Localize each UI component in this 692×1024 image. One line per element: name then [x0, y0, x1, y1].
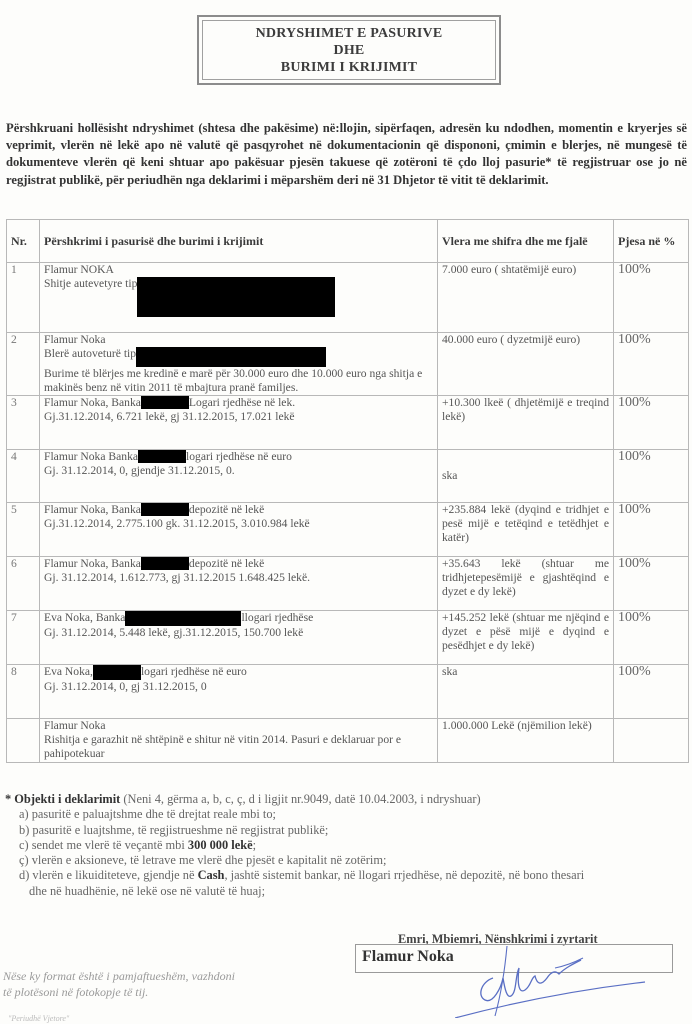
row-description: Eva Noka,logari rjedhëse në euroGj. 31.1… — [40, 665, 438, 719]
footnote-item-a: a) pasuritë e paluajtshme dhe të drejtat… — [5, 807, 685, 822]
header-value: Vlera me shifra dhe me fjalë — [438, 220, 614, 263]
table-row: 2Flamur NokaBlerë autoveturë tipBurime t… — [7, 333, 689, 396]
title-line-1: NDRYSHIMET E PASURIVE — [256, 25, 443, 42]
row-description: Flamur Noka, Bankadepozitë në lekëGj. 31… — [40, 557, 438, 611]
row-details: Gj. 31.12.2014, 0, gjendje 31.12.2015, 0… — [44, 464, 433, 478]
declaration-object-footnote: * Objekti i deklarimit (Neni 4, gërma a,… — [5, 792, 685, 899]
row-number: 2 — [7, 333, 40, 396]
row-description: Flamur NOKAShitje autevetyre tip — [40, 263, 438, 333]
row-description: Eva Noka, Bankallogari rjedhëseGj. 31.12… — [40, 611, 438, 665]
row-line1: Flamur Noka, Bankadepozitë në lekë — [44, 557, 433, 571]
table-row: 4Flamur Noka Bankalogari rjedhëse në eur… — [7, 450, 689, 503]
table-row: 5Flamur Noka, Bankadepozitë në lekëGj.31… — [7, 503, 689, 557]
row-line1: Flamur Noka, Bankadepozitë në lekë — [44, 503, 433, 517]
redaction-bar — [141, 503, 189, 516]
row-value: ska — [438, 450, 614, 503]
row-description: Flamur Noka, Bankadepozitë në lekëGj.31.… — [40, 503, 438, 557]
row-line1: Blerë autoveturë tip — [44, 347, 433, 367]
redaction-bar — [125, 611, 241, 626]
row-number: 1 — [7, 263, 40, 333]
table-row: Flamur NokaRishitja e garazhit në shtëpi… — [7, 719, 689, 763]
table-row: 1Flamur NOKAShitje autevetyre tip7.000 e… — [7, 263, 689, 333]
footnote-item-b: b) pasuritë e luajtshme, të regjistruesh… — [5, 823, 685, 838]
row-share: 100% — [614, 396, 689, 450]
row-share — [614, 719, 689, 763]
row-value: +35.643 lekë (shtuar me tridhjetepesëmij… — [438, 557, 614, 611]
row-number: 5 — [7, 503, 40, 557]
header-nr: Nr. — [7, 220, 40, 263]
row-details: Gj. 31.12.2014, 5.448 lekë, gj.31.12.201… — [44, 626, 433, 640]
row-number: 3 — [7, 396, 40, 450]
row-details: Gj. 31.12.2014, 1.612.773, gj 31.12.2015… — [44, 571, 433, 585]
row-number: 6 — [7, 557, 40, 611]
table-row: 7Eva Noka, Bankallogari rjedhëseGj. 31.1… — [7, 611, 689, 665]
row-details: Gj. 31.12.2014, 0, gj 31.12.2015, 0 — [44, 680, 433, 694]
row-line1: Flamur Noka Bankalogari rjedhëse në euro — [44, 450, 433, 464]
instructions-paragraph: Përshkruani hollësisht ndryshimet (shtes… — [6, 120, 687, 189]
asset-changes-table: Nr. Përshkrimi i pasurisë dhe burimi i k… — [6, 219, 689, 763]
row-value: ska — [438, 665, 614, 719]
handwritten-signature-icon — [455, 938, 655, 1018]
row-share: 100% — [614, 503, 689, 557]
footnote-item-cc: ç) vlerën e aksioneve, të letrave me vle… — [5, 853, 685, 868]
continuation-note: Nëse ky format është i pamjaftueshëm, va… — [3, 968, 235, 1000]
row-line1: Shitje autevetyre tip — [44, 277, 433, 317]
row-details: Gj.31.12.2014, 6.721 lekë, gj 31.12.2015… — [44, 410, 433, 424]
table-row: 3Flamur Noka, BankaLogari rjedhëse në le… — [7, 396, 689, 450]
row-owner: Flamur NOKA — [44, 263, 433, 277]
redaction-bar — [93, 665, 141, 680]
row-owner: Flamur Noka — [44, 719, 433, 733]
redaction-bar — [137, 277, 335, 317]
row-share: 100% — [614, 450, 689, 503]
table-row: 6Flamur Noka, Bankadepozitë në lekëGj. 3… — [7, 557, 689, 611]
footnote-item-d: d) vlerën e likuiditeteve, gjendje në Ca… — [5, 868, 685, 883]
header-share: Pjesa në % — [614, 220, 689, 263]
row-value: 40.000 euro ( dyzetmijë euro) — [438, 333, 614, 396]
footnote-item-d-cont: dhe në huadhënie, në lekë ose në valutë … — [5, 884, 685, 899]
row-value: +145.252 lekë (shtuar me njëqind e dyzet… — [438, 611, 614, 665]
row-details: Burime të blërjes me kredinë e marë për … — [44, 367, 433, 395]
redaction-bar — [136, 347, 326, 367]
title-line-3: BURIMI I KRIJIMIT — [256, 59, 443, 76]
table-header-row: Nr. Përshkrimi i pasurisë dhe burimi i k… — [7, 220, 689, 263]
title-line-2: DHE — [256, 42, 443, 59]
row-line1: Eva Noka,logari rjedhëse në euro — [44, 665, 433, 680]
row-description: Flamur NokaBlerë autoveturë tipBurime të… — [40, 333, 438, 396]
row-line1: Flamur Noka, BankaLogari rjedhëse në lek… — [44, 396, 433, 410]
row-description: Flamur Noka Bankalogari rjedhëse në euro… — [40, 450, 438, 503]
row-number — [7, 719, 40, 763]
row-description: Flamur NokaRishitja e garazhit në shtëpi… — [40, 719, 438, 763]
header-description: Përshkrimi i pasurisë dhe burimi i kriji… — [40, 220, 438, 263]
redaction-bar — [141, 396, 189, 409]
document-title-box: NDRYSHIMET E PASURIVE DHE BURIMI I KRIJI… — [197, 15, 501, 85]
footnote-heading: * Objekti i deklarimit (Neni 4, gërma a,… — [5, 792, 685, 807]
footnote-item-c: c) sendet me vlerë të veçantë mbi 300 00… — [5, 838, 685, 853]
row-line1: Eva Noka, Bankallogari rjedhëse — [44, 611, 433, 626]
row-details: Gj.31.12.2014, 2.775.100 gk. 31.12.2015,… — [44, 517, 433, 531]
redaction-bar — [138, 450, 186, 463]
row-value: +235.884 lekë (dyqind e tridhjet e pesë … — [438, 503, 614, 557]
document-title: NDRYSHIMET E PASURIVE DHE BURIMI I KRIJI… — [256, 25, 443, 76]
row-number: 4 — [7, 450, 40, 503]
official-name: Flamur Noka — [362, 948, 454, 966]
row-share: 100% — [614, 263, 689, 333]
row-details: Rishitja e garazhit në shtëpinë e shitur… — [44, 733, 433, 761]
row-value: 1.000.000 Lekë (njëmilion lekë) — [438, 719, 614, 763]
row-share: 100% — [614, 557, 689, 611]
row-share: 100% — [614, 665, 689, 719]
row-owner: Flamur Noka — [44, 333, 433, 347]
row-description: Flamur Noka, BankaLogari rjedhëse në lek… — [40, 396, 438, 450]
table-row: 8Eva Noka,logari rjedhëse në euroGj. 31.… — [7, 665, 689, 719]
row-value: 7.000 euro ( shtatëmijë euro) — [438, 263, 614, 333]
row-share: 100% — [614, 333, 689, 396]
redaction-bar — [141, 557, 189, 570]
row-value: +10.300 lkeë ( dhjetëmijë e treqind lekë… — [438, 396, 614, 450]
period-stamp: "Periudhë Vjetore" — [8, 1014, 69, 1023]
row-number: 7 — [7, 611, 40, 665]
row-number: 8 — [7, 665, 40, 719]
row-share: 100% — [614, 611, 689, 665]
